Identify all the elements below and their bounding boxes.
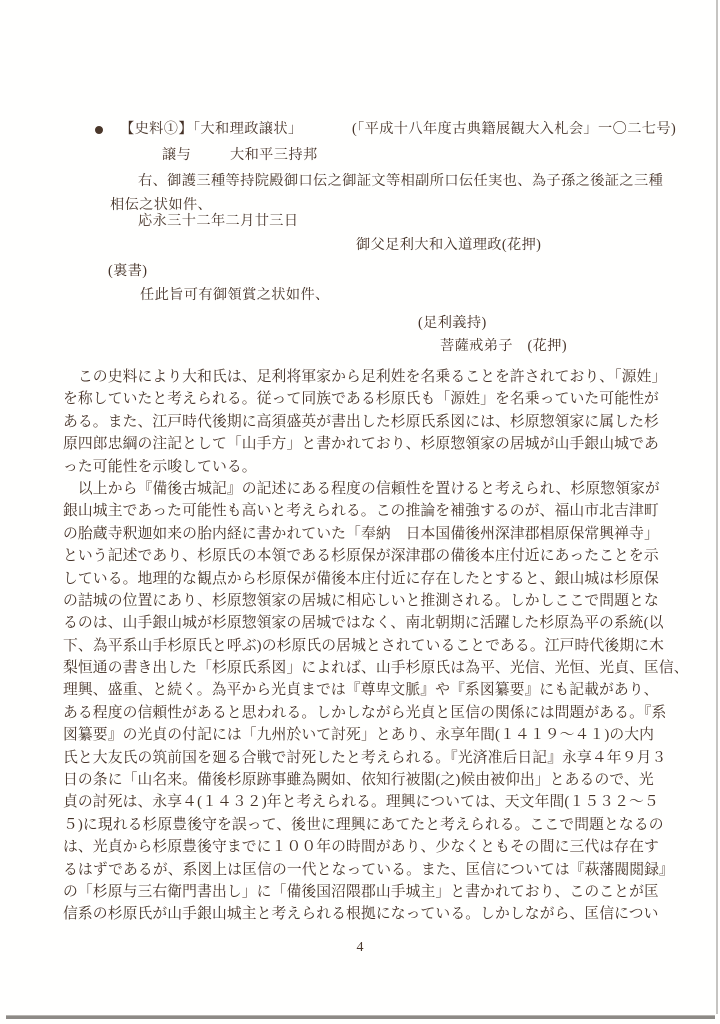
body-text-line: の詰城の位置にあり、杉原惣領家の居城に相応しいと推測される。しかしここで問題とな — [63, 590, 663, 612]
main-body-text: この史料により大和氏は、足利将軍家から足利姓を名乗ることを許されており、「源姓」… — [63, 366, 663, 926]
uragaki-text: 任此旨可有御領賞之状如件、 — [140, 286, 330, 305]
scan-edge-right — [716, 0, 718, 1014]
body-text-line: 下、為平系山手杉原氏と呼ぶ)の杉原氏の居城とされていることである。江戸時代後期に… — [63, 635, 663, 657]
scanned-document-page: 【史料①】「大和理政譲状」 (「平成十八年度古典籍展観大入札会」一〇二七号) 譲… — [0, 0, 720, 1024]
scan-edge-bottom — [6, 1015, 715, 1019]
body-text-line: ある程度の信頼性があると思われる。しかしながら光貞と匡信の関係には問題がある。『… — [63, 702, 663, 724]
body-text-line: 信系の杉原氏が山手銀山城主と考えられる根拠になっている。しかしながら、匡信につい — [63, 903, 663, 925]
body-text-line: 日の条に「山名来。備後杉原跡事雖為闕如、依知行被閣(之)候由被仰出」とあるので、… — [63, 769, 663, 791]
body-text-line: の「杉原与三右衛門書出し」に「備後国沼隈郡山手城主」と書かれており、このことが匡 — [63, 881, 663, 903]
body-text-line: 貞の討死は、永享４(１４３２)年と考えられる。理興については、天文年間(１５３２… — [63, 791, 663, 813]
document-text-line: 右、御護三種等持院殿御口伝之御証文等相副所口伝任実也、為子孫之後証之三種 — [138, 172, 663, 191]
body-text-line: るのは、山手銀山城が杉原惣領家の居城ではなく、南北朝期に活躍した杉原為平の系統(… — [63, 612, 663, 634]
body-text-line: の胎蔵寺釈迦如来の胎内経に書かれていた「奉納 日本国備後州深津郡椙原保常興禅寺」 — [63, 523, 663, 545]
body-text-line: という記述であり、杉原氏の本領である杉原保が深津郡の備後本庄付近にあったことを示 — [63, 545, 663, 567]
paragraph-2: 以上から『備後古城記』の記述にある程度の信頼性を置けると考えられ、杉原惣領家が銀… — [63, 478, 663, 926]
body-text-line: 図纂要』の光貞の付記には「九州於いて討死」とあり、永享年間(１４１９～４１)の大… — [63, 724, 663, 746]
source-citation: (「平成十八年度古典籍展観大入札会」一〇二七号) — [352, 120, 676, 139]
body-text-line: この史料により大和氏は、足利将軍家から足利姓を名乗ることを許されており、「源姓」 — [63, 366, 663, 388]
body-text-line: を称していたと考えられる。従って同族である杉原氏も「源姓」を名乗っていた可能性が — [63, 388, 663, 410]
body-text-line: 梨恒通の書き出した「杉原氏系図」によれば、山手杉原氏は為平、光信、光恒、光貞、匡… — [63, 657, 663, 679]
attribution-note: (足利義持) — [418, 314, 487, 333]
body-text-line: った可能性を示唆している。 — [63, 456, 663, 478]
uragaki-label: (裏書) — [108, 262, 147, 281]
document-signature: 御父足利大和入道理政(花押) — [356, 236, 541, 255]
paragraph-1: この史料により大和氏は、足利将軍家から足利姓を名乗ることを許されており、「源姓」… — [63, 366, 663, 478]
body-text-line: 以上から『備後古城記』の記述にある程度の信頼性を置けると考えられ、杉原惣領家が — [63, 478, 663, 500]
body-text-line: 原四郎忠綱の注記として「山手方」と書かれており、杉原惣領家の居城が山手銀山城であ — [63, 433, 663, 455]
page-number: 4 — [0, 940, 720, 956]
bullet-icon — [95, 126, 103, 134]
body-text-line: るはずであるが、系図上は匡信の一代となっている。また、匡信については『萩藩閥閲録… — [63, 859, 663, 881]
grant-label: 譲与 — [162, 146, 191, 165]
body-text-line: 銀山城主であった可能性も高いと考えられる。この推論を補強するのが、福山市北吉津町 — [63, 500, 663, 522]
body-text-line: 氏と大友氏の筑前国を廻る合戦で討死したと考えられる。『光済准后日記』永享４年９月… — [63, 747, 663, 769]
document-date: 応永三十二年二月廿三日 — [138, 212, 298, 231]
body-text-line: している。地理的な観点から杉原保が備後本庄付近に存在したとすると、銀山城は杉原保 — [63, 568, 663, 590]
body-text-line: ５)に現れる杉原豊後守を誤って、後世に理興にあてたと考えられる。ここで問題となる… — [63, 814, 663, 836]
bosatsu-signature: 菩薩戒弟子 (花押) — [440, 337, 567, 356]
grant-recipient: 大和平三持邦 — [230, 146, 318, 165]
body-text-line: は、光貞から杉原豊後守までに１００年の時間があり、少なくともその間に三代は存在す — [63, 836, 663, 858]
body-text-line: 理興、盛重、と続く。為平から光貞までは『尊卑文脈』や『系図纂要』にも記載があり、 — [63, 679, 663, 701]
source-title: 【史料①】「大和理政譲状」 — [120, 120, 303, 139]
body-text-line: ある。また、江戸時代後期に高須盛英が書出した杉原氏系図には、杉原惣領家に属した杉 — [63, 411, 663, 433]
